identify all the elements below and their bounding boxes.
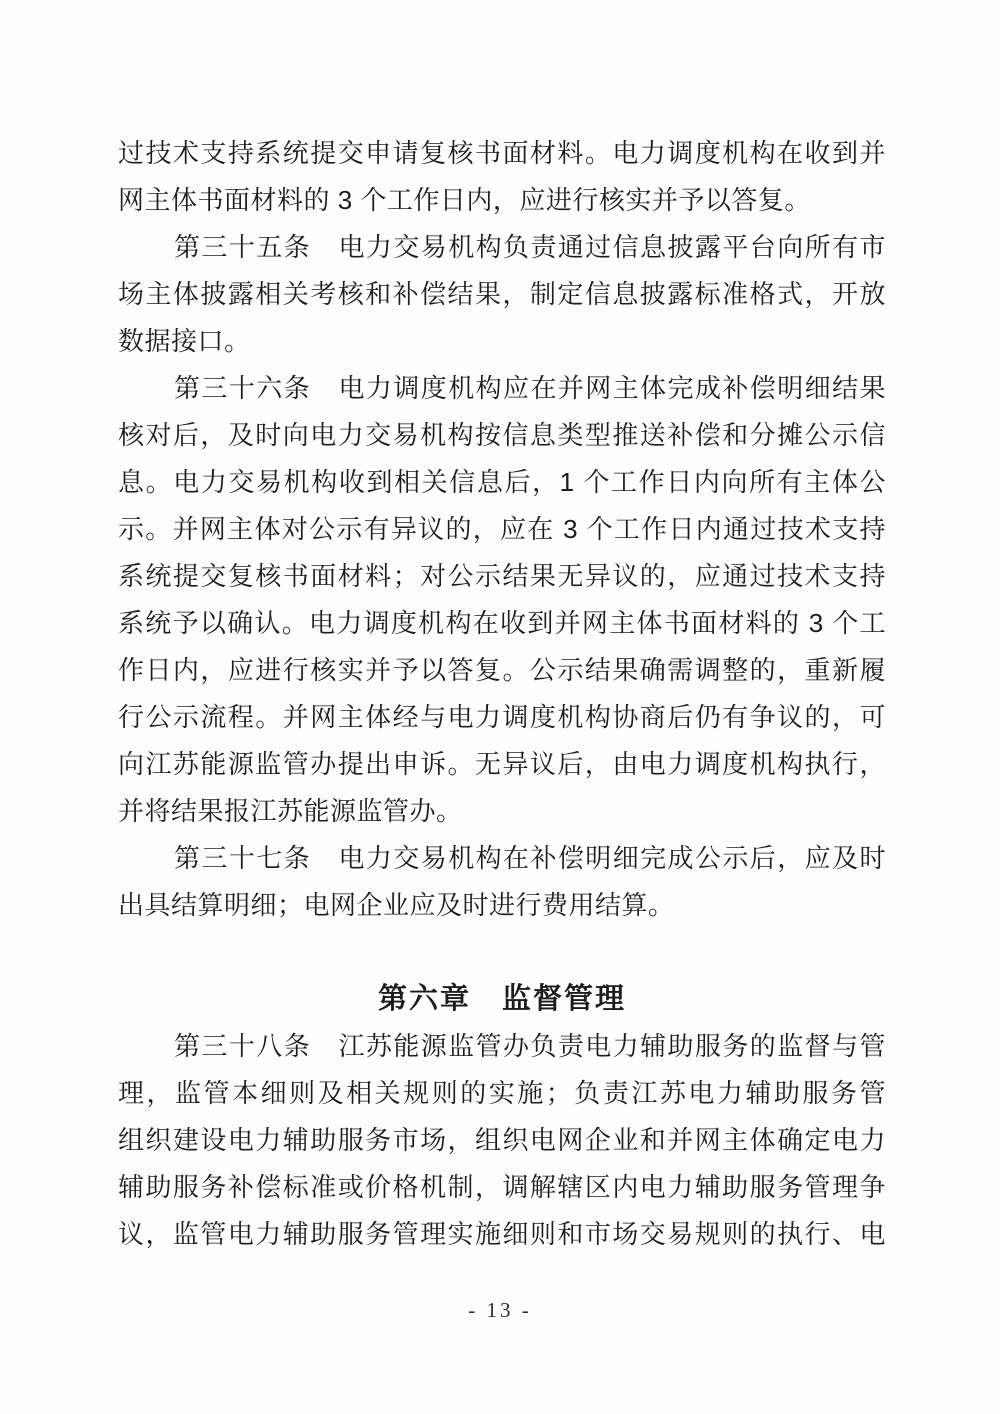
text-line: 核对后，及时向电力交易机构按信息类型推送补偿和分摊公示信 — [118, 412, 886, 459]
text-line: 组织建设电力辅助服务市场，组织电网企业和并网主体确定电力 — [118, 1117, 886, 1164]
chapter-heading: 第六章 监督管理 — [118, 976, 886, 1023]
text-line: 息。电力交易机构收到相关信息后，1 个工作日内向所有主体公 — [118, 459, 886, 506]
text-line: 第三十五条 电力交易机构负责通过信息披露平台向所有市 — [118, 224, 886, 271]
text-line: 作日内，应进行核实并予以答复。公示结果确需调整的，重新履 — [118, 647, 886, 694]
text-line: 出具结算明细；电网企业应及时进行费用结算。 — [118, 882, 886, 929]
document-page: 过技术支持系统提交申请复核书面材料。电力调度机构在收到并 网主体书面材料的 3 … — [0, 0, 1000, 1414]
text-block: 过技术支持系统提交申请复核书面材料。电力调度机构在收到并 网主体书面材料的 3 … — [118, 130, 886, 1258]
paragraph-continuation: 过技术支持系统提交申请复核书面材料。电力调度机构在收到并 网主体书面材料的 3 … — [118, 130, 886, 224]
paragraph-article-37: 第三十七条 电力交易机构在补偿明细完成公示后，应及时 出具结算明细；电网企业应及… — [118, 835, 886, 929]
paragraph-article-36: 第三十六条 电力调度机构应在并网主体完成补偿明细结果 核对后，及时向电力交易机构… — [118, 365, 886, 835]
text-line: 第三十八条 江苏能源监管办负责电力辅助服务的监督与管 — [118, 1023, 886, 1070]
text-line: 系统予以确认。电力调度机构在收到并网主体书面材料的 3 个工 — [118, 600, 886, 647]
text-line: 系统提交复核书面材料；对公示结果无异议的，应通过技术支持 — [118, 553, 886, 600]
text-line: 场主体披露相关考核和补偿结果，制定信息披露标准格式，开放 — [118, 271, 886, 318]
text-line: 示。并网主体对公示有异议的，应在 3 个工作日内通过技术支持 — [118, 506, 886, 553]
text-line: 理，监管本细则及相关规则的实施；负责江苏电力辅助服务管理， — [118, 1070, 886, 1117]
text-line: 网主体书面材料的 3 个工作日内，应进行核实并予以答复。 — [118, 177, 886, 224]
text-line: 辅助服务补偿标准或价格机制，调解辖区内电力辅助服务管理争 — [118, 1164, 886, 1211]
text-line: 数据接口。 — [118, 318, 886, 365]
text-line: 第三十六条 电力调度机构应在并网主体完成补偿明细结果 — [118, 365, 886, 412]
text-line: 第三十七条 电力交易机构在补偿明细完成公示后，应及时 — [118, 835, 886, 882]
text-line: 向江苏能源监管办提出申诉。无异议后，由电力调度机构执行， — [118, 741, 886, 788]
paragraph-article-38: 第三十八条 江苏能源监管办负责电力辅助服务的监督与管 理，监管本细则及相关规则的… — [118, 1023, 886, 1258]
text-line: 议，监管电力辅助服务管理实施细则和市场交易规则的执行、电 — [118, 1211, 886, 1258]
text-line: 行公示流程。并网主体经与电力调度机构协商后仍有争议的，可 — [118, 694, 886, 741]
text-line: 过技术支持系统提交申请复核书面材料。电力调度机构在收到并 — [118, 130, 886, 177]
text-line: 并将结果报江苏能源监管办。 — [118, 788, 886, 835]
page-number: - 13 - — [0, 1298, 1000, 1323]
paragraph-article-35: 第三十五条 电力交易机构负责通过信息披露平台向所有市 场主体披露相关考核和补偿结… — [118, 224, 886, 365]
